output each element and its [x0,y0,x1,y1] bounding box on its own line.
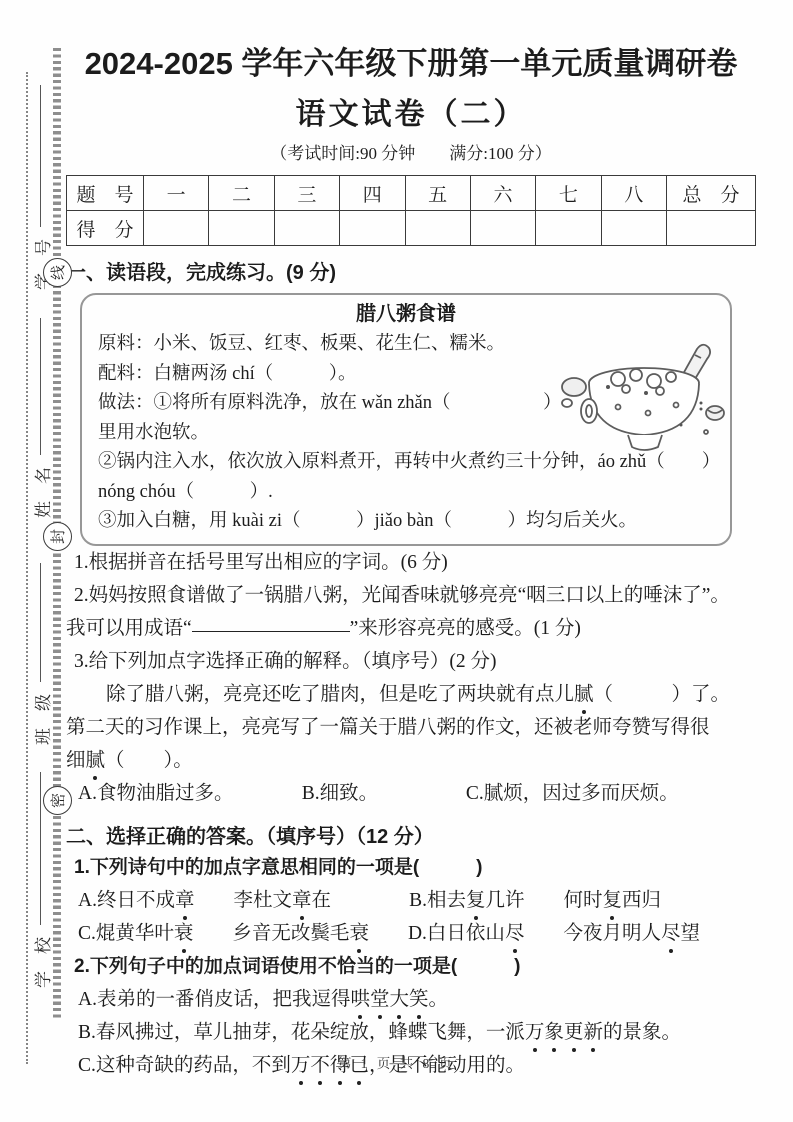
score-table-header-row: 题 号 一 二 三 四 五 六 七 八 总 分 [67,176,756,211]
margin-field-name: 姓 名 [30,318,52,518]
score-col-7: 七 [536,176,601,211]
seal-char-feng: 封 [43,522,72,551]
s2-question-1-stem: 1.下列诗句中的加点字意思相同的一项是( ) [74,851,756,884]
student-number-write-line [39,85,41,227]
score-cell-total [667,211,756,246]
recipe-line: ③加入白糖，用 kuài zi（ ）jiǎo bàn（ ）均匀后关火。 [98,507,714,537]
class-write-line [39,563,41,682]
margin-field-student-number: 学 号 [30,85,52,290]
class-label: 班 级 [29,694,54,745]
exam-paper-page: 学 号 姓 名 班 级 学 校 线 封 密 2024-2025 学年六年级下册第… [0,0,793,1122]
score-col-4: 四 [340,176,405,211]
score-col-3: 三 [274,176,339,211]
score-col-8: 八 [601,176,666,211]
score-col-total: 总 分 [667,176,756,211]
score-cell [274,211,339,246]
name-write-line [39,318,41,455]
recipe-title: 腊八粥食谱 [98,299,714,330]
s2-q2-option-a: A.表弟的一番俏皮话，把我逗得哄堂大笑。 [78,983,756,1016]
score-cell [340,211,405,246]
s1-q3-options: A.食物油脂过多。 B.细致。 C.腻烦，因过多而厌烦。 [78,777,756,810]
recipe-box: 腊八粥食谱 原料：小米、饭豆、红枣、板栗、花生仁、糯米。 配料：白糖两汤 chí… [80,293,732,546]
s1-question-2-line2: 我可以用成语“”来形容亮亮的感受。(1 分) [66,612,756,645]
s1-question-2-line1: 2.妈妈按照食谱做了一锅腊八粥，光闻香味就够亮亮“咽三口以上的唾沫了”。 [74,579,756,612]
s1-q3-paragraph-line3: 细腻（ ）。 [66,744,756,777]
s2-q2-option-b: B.春风拂过，草儿抽芽，花朵绽放，蜂蝶飞舞，一派万象更新的景象。 [78,1016,756,1049]
s2-q1-options-row1: A.终日不成章 李杜文章在 B.相去复几许 何时复西归 [78,884,756,917]
score-cell [144,211,209,246]
s1-q3-paragraph-line2: 第二天的习作课上，亮亮写了一篇关于腊八粥的作文，还被老师夸赞写得很 [66,711,756,744]
page-footer: 第 1 页 共 8 页 [0,1052,793,1072]
porridge-bowl-illustration [558,337,726,457]
seal-char-line: 线 [43,258,72,287]
score-cell [601,211,666,246]
score-col-1: 一 [144,176,209,211]
margin-field-class: 班 级 [30,563,52,745]
section2-heading: 二、选择正确的答案。（填序号）（12 分） [66,823,756,851]
score-col-2: 二 [209,176,274,211]
score-table-score-row: 得 分 [67,211,756,246]
score-cell [209,211,274,246]
margin-dotted-line [26,72,28,1064]
section1-heading: 一、读语段，完成练习。(9 分) [66,259,756,287]
seal-char-mi: 密 [43,786,72,815]
paper-title: 2024-2025 学年六年级下册第一单元质量调研卷 [66,44,756,84]
s1-question-3: 3.给下列加点字选择正确的解释。（填序号）(2 分) [74,645,756,678]
name-label: 姓 名 [29,467,54,518]
school-label: 学 校 [29,937,54,988]
s1-q3-paragraph-line1: 除了腊八粥，亮亮还吃了腊肉，但是吃了两块就有点儿腻（ ）了。 [66,678,756,711]
score-col-5: 五 [405,176,470,211]
score-row-label: 得 分 [67,211,144,246]
school-write-line [39,772,41,925]
recipe-line: nóng chóu（ ）. [98,478,714,508]
paper-subtitle: 语文试卷（二） [66,95,756,135]
s2-question-2-stem: 2.下列句子中的加点词语使用不恰当的一项是( ) [74,950,756,983]
exam-info: （考试时间:90 分钟 满分:100 分） [66,142,756,166]
s1-question-1: 1.根据拼音在括号里写出相应的字词。(6 分) [74,546,756,579]
score-cell [405,211,470,246]
s2-q1-options-row2: C.焜黄华叶衰 乡音无改鬓毛衰 D.白日依山尽 今夜月明人尽望 [78,917,756,950]
score-cell [470,211,535,246]
score-col-header: 题 号 [67,176,144,211]
main-content: 2024-2025 学年六年级下册第一单元质量调研卷 语文试卷（二） （考试时间… [66,44,756,1082]
score-table: 题 号 一 二 三 四 五 六 七 八 总 分 得 分 [66,175,756,246]
score-col-6: 六 [470,176,535,211]
score-cell [536,211,601,246]
